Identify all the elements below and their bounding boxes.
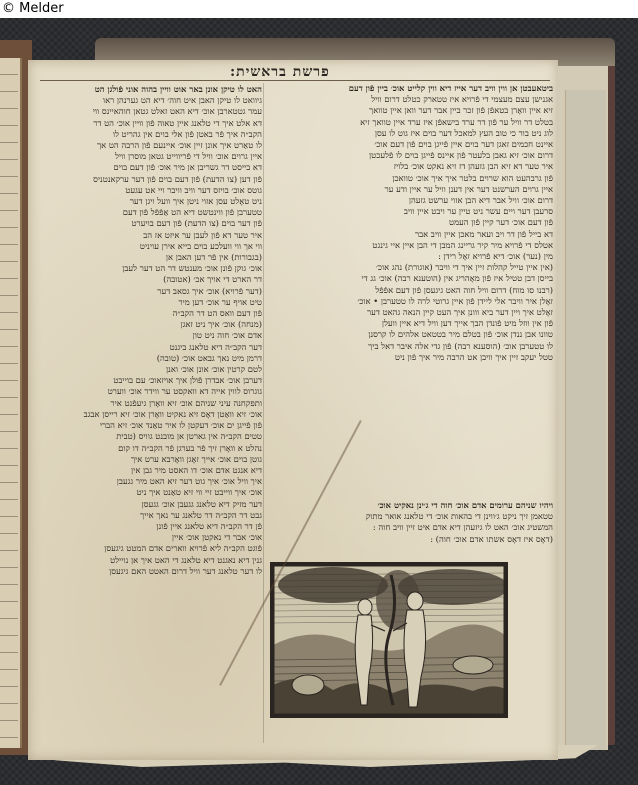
text-line: בטלט דר וויל ער פֿון דר ערד בישאפֿן איז …	[268, 117, 553, 128]
text-line: (דער פֿרויא) אוכ׳ איך גסאב דער	[37, 286, 262, 297]
text-line: האט לו טיקן אונן באר אוט וויין בהוה אוני…	[37, 84, 262, 95]
text-line: גנין דיא נאגנט דיא טלאנג די האט איך אן נ…	[37, 555, 262, 566]
text-line: דרמן מיט נאך גבאט אוכ׳ (טובה)	[37, 353, 262, 364]
text-line: גוטן בוים אוכ׳ אייך זאָגן וואָרבא ערט אי…	[37, 454, 262, 465]
text-line: טטים הקב״ה אין גארטן אן מובנט גוויס (טבי…	[37, 431, 262, 442]
text-line: הקב״ה איך פֿר באטן פֿון אלי בוים אין גהר…	[37, 129, 262, 140]
text-line: פֿון גרבהעט הוא שרוים בלטר איך איך אוכ׳ …	[268, 173, 553, 184]
text-line: דא בייסט דר גשריבן אן מיר אוכ׳ פֿון דעם …	[37, 162, 262, 173]
text-line: בייסן דבן טטיל איז פֿון מאָהריג אין (הוט…	[268, 273, 553, 284]
text-line: (רבנו סו מוח) דרום וויל חוה האט גיגעסן פ…	[268, 285, 553, 296]
text-line: נהלט א וואָרן זיך פֿר בערגן פֿר הקב״ה דו…	[37, 443, 262, 454]
text-line: ניט טאָלט עסן אזוי ניטן איך וועל ויגן דע…	[37, 196, 262, 207]
text-line: לו טטערבן אוכ׳ (הוסענא רבה) פֿון גדי אלה…	[268, 341, 553, 352]
text-line: איין גרוים הערשנט דער אין דענן וויל ער א…	[268, 184, 553, 195]
text-line: עמר גטטארבן אוכ׳ דיא האט זאלט גטאן חוהאי…	[37, 106, 262, 117]
left-text-column: האט לו טיקן אונן באר אוט וויין בהוה אוני…	[37, 84, 262, 744]
text-line: איין גרוים אוכ׳ וויל די פֿריווייט גטאן מ…	[37, 151, 262, 162]
text-line: סרעבן דער ויים עשר ניט טיין ער ויבט איין…	[268, 206, 553, 217]
text-line: איינט חכמים זאגן דער בוים איין פֿייגן בו…	[268, 139, 553, 150]
text-line: גיוואט לו טיקן האבן איט חוה׳ דיא הט גערנ…	[37, 95, 262, 106]
text-line: דרום אוכ׳ וויל אבר דיא הבן אזוי ערשט גזע…	[268, 195, 553, 206]
copyright-caption: © Melder	[0, 0, 638, 18]
adam-and-eve-woodcut-illustration	[270, 562, 508, 718]
text-line: איר טער דא פֿון לעבן ער איזט אז הב	[37, 230, 262, 241]
text-line: המשטיג אוכ׳ האט לו גיזעהן דיא אדם איט זי…	[268, 522, 553, 533]
text-line: (בגבורות) אין פֿר דען האבן אן	[37, 252, 262, 263]
text-line: דער הקב״ה דיא טלאנג ביגנט	[37, 342, 262, 353]
text-line: לטם קרטין אוכ׳ אונן אוכ׳ ואנן	[37, 364, 262, 375]
text-line: לוג ניט בור כי טוב העץ למאכל דער בוים אי…	[268, 128, 553, 139]
text-line: אוכ׳ זיא וואַטן דאָס זיא נאקיט וואָרן או…	[37, 409, 262, 420]
text-line: פֿון דען (צו הדעת) פֿון דעם בוים פֿון דע…	[37, 174, 262, 185]
text-line: (אין איין טייל קהלות זיין איך די וויבר (…	[268, 262, 553, 273]
text-line: ווי אך ווי וועלכע בוים בייא אירן עויניט	[37, 241, 262, 252]
text-line: לו דער טלאנג דער וויל דרום האטט האם גיגע…	[37, 566, 262, 577]
text-line: גוטס אוכ׳ בויזס דער וויב וויבר ויי אט עג…	[37, 185, 262, 196]
text-line: אטלס די פֿרויא מיר קיר גריינג המבן די הב…	[268, 240, 553, 251]
text-line: זאָלט איך ויין דער ביא ווונן איך העט קיי…	[268, 307, 553, 318]
page-stack-inner	[565, 90, 606, 750]
text-line: טוונו אבן ננדן אוכ׳ פֿון בטלם מיר בטטאט …	[268, 329, 553, 340]
text-line: מין (נער) אוכ׳ דיא פֿרויא זאָל רידן :	[268, 251, 553, 262]
text-line: אדם אוכ׳ חוה ניט טון	[37, 330, 262, 341]
text-line: ביטאעבטן אן ווין וויב דער אייז דיא ווין …	[268, 83, 553, 94]
text-line: דא אלט איך די טלאנג איין טאוה פֿון וויין…	[37, 118, 262, 129]
text-line: גוגרוס לווין אייה דא וואקסט ער ווידר אוכ…	[37, 386, 262, 397]
text-line: טטערבן פֿון ווינטשט דיא הט אַפֿפֿל פֿון …	[37, 207, 262, 218]
left-page-edge	[0, 58, 22, 748]
text-line: אוכ׳ גוקן פֿונן אוכ׳ מענטש דר הט דער לעב…	[37, 263, 262, 274]
bottom-right-text-block: ויהיו שניהם ערומים אדם אוכ׳ חוה די ג׳ינן…	[268, 500, 553, 558]
text-line: לו טאַרט איך אונן זיין אוכ׳ איינעם פֿון …	[37, 140, 262, 151]
page-header: פרשת בראשית:	[40, 64, 550, 81]
right-text-column: ביטאעבטן אן ווין וויב דער אייז דיא ווין …	[268, 83, 553, 498]
page-title: פרשת בראשית:	[230, 64, 330, 81]
text-line: (דאָס איז דאָס אשתו אדם אוכ׳ חוה) :	[268, 534, 553, 545]
text-line: (מנחה) אוכ׳ איך ניט זאגן	[37, 319, 262, 330]
text-line: אוכ׳ איך ווייבט זיי ווי זיא טאַנט איך ני…	[37, 487, 262, 498]
text-line: אוכ׳ אבר די נאקטן אוכ׳ איין	[37, 532, 262, 543]
text-line: דערבן אוכ׳ אבדרן פֿולן איך אויזאוכ׳ עם ב…	[37, 375, 262, 386]
text-line: פֿון דעם וואס הט דר הקב״ה	[37, 308, 262, 319]
text-line: ויהיו שניהם ערומים אדם אוכ׳ חוה די ג׳ינן…	[268, 500, 553, 511]
column-divider	[263, 83, 264, 743]
text-line: פֿון דעם אוכ׳ דער קיין פֿון העמט	[268, 217, 553, 228]
text-line: טטל יעקב זיין איך וויבן אט הרבה מיר איך …	[268, 352, 553, 363]
text-line: דרום אוכ׳ זיא גאבן בלעטר פֿון איינס פֿיי…	[268, 150, 553, 161]
text-line: טיט אויף ער אוכ׳ דען מיר	[37, 297, 262, 308]
text-line: דר הארט די אויך אכ׳ (אטובה)	[37, 274, 262, 285]
text-line: פֿון דער בוים (צו הדעת) פֿון דעם בויערט	[37, 218, 262, 229]
text-line: איר טער דא זיא הבן גזעהן דז זיא נאקט אוכ…	[268, 161, 553, 172]
text-line: ותפקחנה עיני שניהם אוכ׳ זיא וואָרן גיעפֿ…	[37, 398, 262, 409]
text-line: פֿוגט הקב״ה ליא פֿרויא ווארים אדם המטט ג…	[37, 543, 262, 554]
text-line: דא בייל פֿון דר ויב ועאר מאכן איין וויב …	[268, 229, 553, 240]
text-line: פֿון פֿייגן ים אוכ׳ דעקטן לו איר טאַנד א…	[37, 420, 262, 431]
text-line: אגנישן עצם מעצמי די פֿרויא איז טטארק כטל…	[268, 94, 553, 105]
woodcut-image	[273, 565, 505, 715]
text-line: זיא איין וואָרן בטאפֿן פֿון זכר ביין אבר…	[268, 105, 553, 116]
text-line: פֿן דר הקב״ה דיא טלאנג איין פֿונן	[37, 521, 262, 532]
text-line: דיא אנגט אדם אוכ׳ דו האסט מיר גבן אין	[37, 465, 262, 476]
text-line: דער מזיק דיא טלאנג גגעבן אוכ׳ גגעסן	[37, 499, 262, 510]
text-line: פֿון אין ווזל מיט פֿונדן הבך אייך דען וו…	[268, 318, 553, 329]
text-line: איך וויל אוכ׳ איך גוט דער זיא האט מיר גג…	[37, 476, 262, 487]
text-line: גבט דר הקב״ה דר טלאנג ער נאך אייך	[37, 510, 262, 521]
text-line: זאָלן איר וויבר אלי ליידן פֿון איין גרוט…	[268, 296, 553, 307]
